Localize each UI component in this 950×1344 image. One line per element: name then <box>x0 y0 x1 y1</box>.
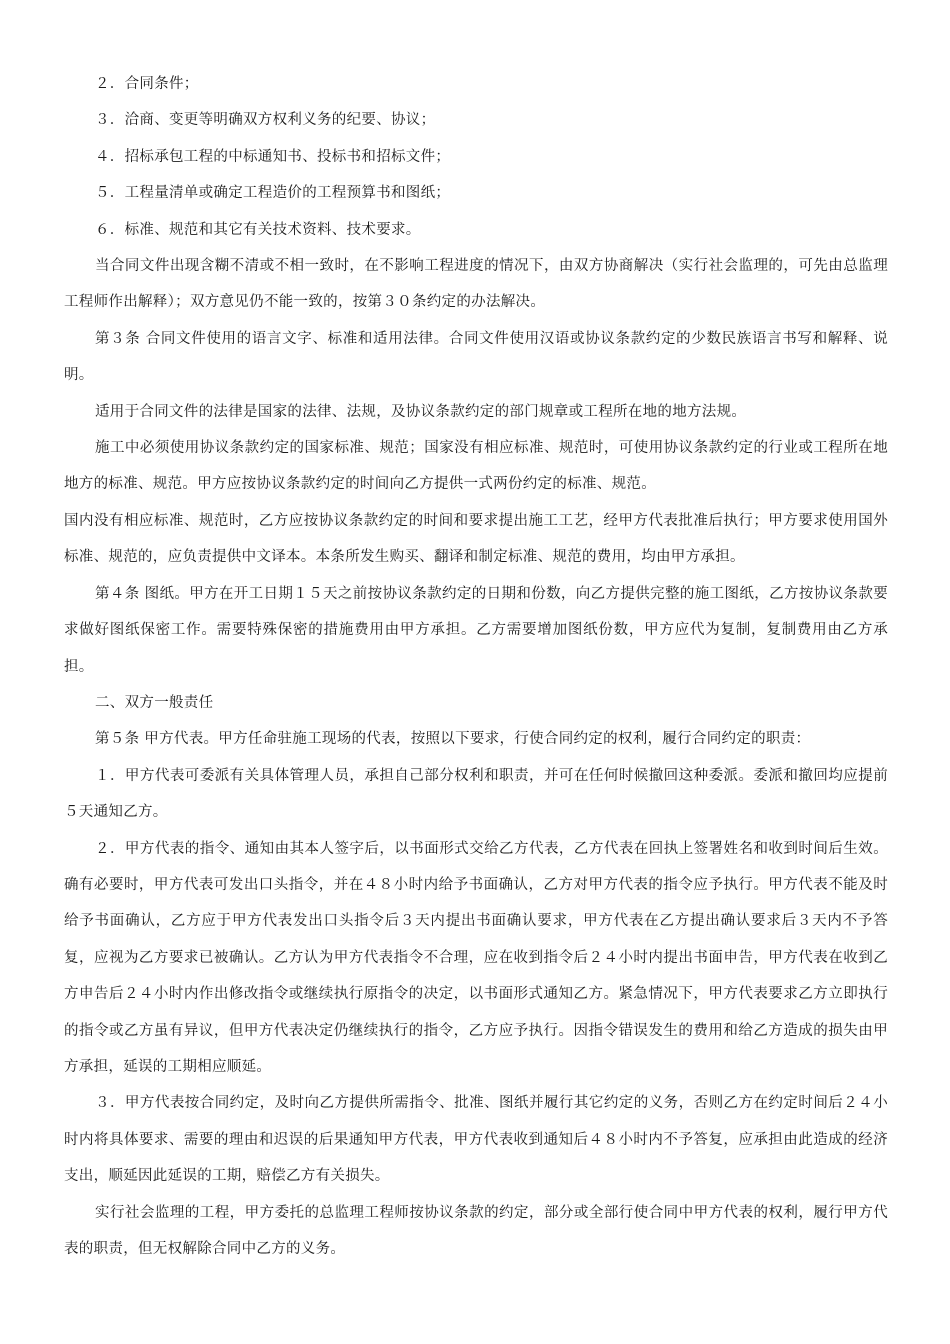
article-4-drawings-paragraph: 第４条 图纸。甲方在开工日期１５天之前按协议条款约定的日期和份数，向乙方提供完整… <box>64 576 888 685</box>
ambiguity-resolution-paragraph: 当合同文件出现含糊不清或不相一致时，在不影响工程进度的情况下，由双方协商解决（实… <box>64 248 888 321</box>
article-3-language-paragraph: 第３条 合同文件使用的语言文字、标准和适用法律。合同文件使用汉语或协议条款约定的… <box>64 321 888 394</box>
section-heading-general-responsibilities: 二、双方一般责任 <box>64 685 888 721</box>
contract-document-list-item-6: ６．标准、规范和其它有关技术资料、技术要求。 <box>64 212 888 248</box>
article-5-representative-paragraph: 第５条 甲方代表。甲方任命驻施工现场的代表，按照以下要求，行使合同约定的权利，履… <box>64 721 888 757</box>
contract-document-list-item-5: ５．工程量清单或确定工程造价的工程预算书和图纸； <box>64 175 888 211</box>
representative-clause-1: １．甲方代表可委派有关具体管理人员，承担自己部分权利和职责，并可在任何时候撤回这… <box>64 758 888 831</box>
document-page: ２．合同条件； ３．洽商、变更等明确双方权利义务的纪要、协议； ４．招标承包工程… <box>64 66 888 1267</box>
foreign-standards-paragraph: 国内没有相应标准、规范时，乙方应按协议条款约定的时间和要求提出施工工艺，经甲方代… <box>64 503 888 576</box>
contract-document-list-item-3: ３．洽商、变更等明确双方权利义务的纪要、协议； <box>64 102 888 138</box>
representative-clause-3: ３．甲方代表按合同约定，及时向乙方提供所需指令、批准、图纸并履行其它约定的义务，… <box>64 1085 888 1194</box>
contract-document-list-item-4: ４．招标承包工程的中标通知书、投标书和招标文件； <box>64 139 888 175</box>
standards-paragraph: 施工中必须使用协议条款约定的国家标准、规范；国家没有相应标准、规范时，可使用协议… <box>64 430 888 503</box>
supervision-engineer-paragraph: 实行社会监理的工程，甲方委托的总监理工程师按协议条款的约定，部分或全部行使合同中… <box>64 1195 888 1268</box>
applicable-law-paragraph: 适用于合同文件的法律是国家的法律、法规，及协议条款约定的部门规章或工程所在地的地… <box>64 394 888 430</box>
contract-document-list-item-2: ２．合同条件； <box>64 66 888 102</box>
representative-clause-2: ２．甲方代表的指令、通知由其本人签字后，以书面形式交给乙方代表，乙方代表在回执上… <box>64 831 888 1086</box>
